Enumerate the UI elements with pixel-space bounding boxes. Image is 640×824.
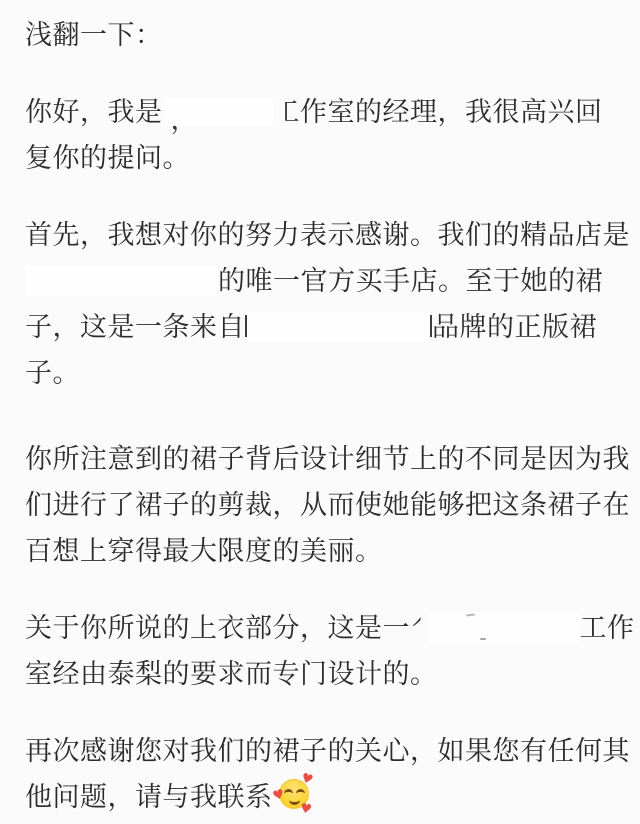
text-run: 品牌的正版裙 [432, 312, 597, 342]
text-run: 室经由泰梨的要求而专门设计的。 [25, 659, 438, 689]
text-line: 复你的提问。 [25, 135, 620, 181]
erased-smudge-artifact [465, 614, 474, 617]
text-line: 再次感谢您对我们的裙子的关心，如果您有任何其 [25, 728, 620, 774]
paragraph-closing: 再次感谢您对我们的裙子的关心，如果您有任何其 他问题，请与我联系♥♥♥ [25, 728, 620, 820]
text-line: 子。 [25, 350, 620, 396]
text-line: 子，这是一条来自品牌的正版裙 [25, 304, 620, 350]
text-line: 首先，我想对你的努力表示感谢。我们的精品店是 [25, 212, 620, 258]
heading-text: 浅翻一下： [25, 20, 163, 50]
text-line: 们进行了裙子的剪裁，从而使她能够把这条裙子在 [25, 482, 620, 528]
text-line: 百想上穿得最大限度的美丽。 [25, 528, 620, 574]
text-run: 的唯一官方买手店。至于她的裙 [218, 266, 603, 296]
text-run: 你好，我是 [25, 97, 163, 127]
text-line: 的唯一官方买手店。至于她的裙 [25, 258, 620, 304]
smiling-face-with-hearts-emoji: ♥♥♥ [275, 776, 313, 814]
text-line: 浅翻一下： [25, 12, 620, 58]
text-run: 子。 [25, 358, 80, 388]
text-line: 他问题，请与我联系♥♥♥ [25, 774, 620, 820]
paragraph-skirt-design: 你所注意到的裙子背后设计细节上的不同是因为我 们进行了裙子的剪裁，从而使她能够把… [25, 436, 620, 574]
text-run: 们进行了裙子的剪裁，从而使她能够把这条裙子在 [25, 490, 630, 520]
text-line: 关于你所说的上衣部分，这是一个工作 [25, 605, 620, 651]
text-run: 子，这是一条来自 [25, 312, 245, 342]
text-run: 百想上穿得最大限度的美丽。 [25, 536, 383, 566]
heading-block: 浅翻一下： [25, 12, 620, 58]
erased-text-artifact: ， [171, 107, 199, 134]
text-line: 室经由泰梨的要求而专门设计的。 [25, 651, 620, 697]
redacted-brand-area [247, 312, 430, 342]
text-run: 复你的提问。 [25, 143, 190, 173]
redacted-name-area: ， [163, 97, 273, 127]
text-run: 再次感谢您对我们的裙子的关心，如果您有任何其 [25, 736, 630, 766]
text-line: 你好，我是，工作室的经理，我很高兴回 [25, 89, 620, 135]
text-run: 你所注意到的裙子背后设计细节上的不同是因为我 [25, 444, 630, 474]
text-run: 作室的经理，我很高兴回 [300, 97, 603, 127]
translated-note: 浅翻一下： 你好，我是，工作室的经理，我很高兴回 复你的提问。 首先，我想对你的… [0, 0, 640, 820]
erased-smudge-artifact [480, 638, 486, 640]
paragraph-boutique: 首先，我想对你的努力表示感谢。我们的精品店是 的唯一官方买手店。至于她的裙 子，… [25, 212, 620, 396]
paragraph-top-part: 关于你所说的上衣部分，这是一个工作 室经由泰梨的要求而专门设计的。 [25, 605, 620, 697]
redacted-name-area [428, 613, 580, 643]
heart-icon: ♥ [299, 802, 313, 817]
partially-erased-character: 个 [410, 605, 428, 651]
partially-erased-character: 工 [273, 89, 301, 135]
emoji-mouth [289, 795, 300, 805]
text-run: 他问题，请与我联系 [25, 782, 273, 812]
heart-icon: ♥ [300, 771, 316, 787]
paragraph-greeting: 你好，我是，工作室的经理，我很高兴回 复你的提问。 [25, 89, 620, 181]
text-run: 首先，我想对你的努力表示感谢。我们的精品店是 [25, 220, 630, 250]
redacted-brand-area [25, 266, 218, 296]
text-line: 你所注意到的裙子背后设计细节上的不同是因为我 [25, 436, 620, 482]
text-run: 工作 [580, 613, 635, 643]
text-run: 关于你所说的上衣部分，这是一 [25, 613, 410, 643]
